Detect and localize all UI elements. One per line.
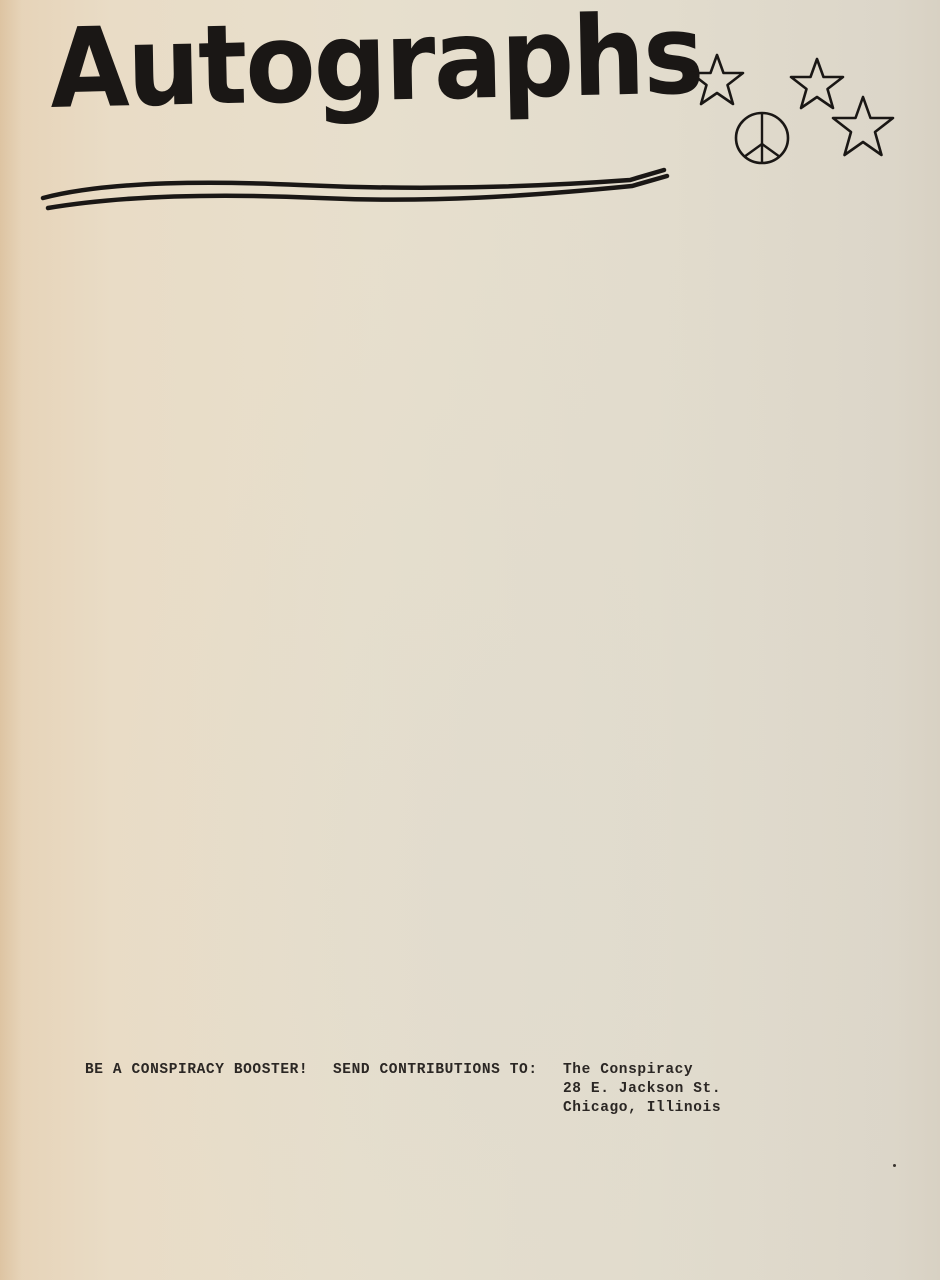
double-underline-icon — [40, 158, 680, 218]
star-icon — [688, 52, 746, 110]
paper-edge-shadow — [0, 0, 22, 1280]
ink-speck — [893, 1164, 896, 1167]
address-street: 28 E. Jackson St. — [563, 1080, 721, 1099]
peace-sign-icon — [732, 108, 792, 168]
autograph-page: Autographs BE A CONSPIRACY BOOSTER! SEND… — [0, 0, 940, 1280]
booster-slogan: BE A CONSPIRACY BOOSTER! — [85, 1061, 308, 1080]
address-city: Chicago, Illinois — [563, 1099, 721, 1118]
star-icon — [830, 94, 896, 162]
page-title: Autographs — [49, 0, 703, 124]
address-name: The Conspiracy — [563, 1061, 721, 1080]
mailing-address: The Conspiracy 28 E. Jackson St. Chicago… — [563, 1061, 721, 1118]
contribution-instruction: SEND CONTRIBUTIONS TO: — [333, 1061, 538, 1080]
